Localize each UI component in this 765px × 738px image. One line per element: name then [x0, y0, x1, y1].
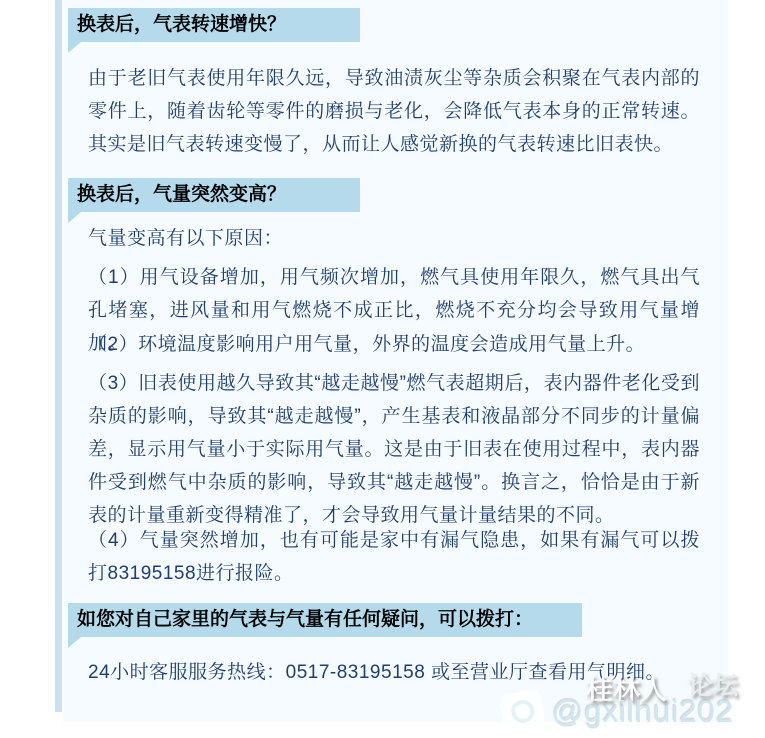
watermark-logo-icon: [498, 689, 546, 732]
paragraph-meter-speed-explanation: 由于老旧气表使用年限久远，导致油渍灰尘等杂质会积聚在气表内部的零件上，随着齿轮等…: [88, 62, 700, 161]
section-heading-meter-speed: 换表后，气表转速增快？: [68, 8, 360, 42]
article-page: 换表后，气表转速增快？ 由于老旧气表使用年限久远，导致油渍灰尘等杂质会积聚在气表…: [0, 0, 765, 738]
paragraph-reason-4: （4）气量突然增加，也有可能是家中有漏气隐患，如果有漏气可以拨打83195158…: [88, 524, 700, 590]
section-heading-contact: 如您对自己家里的气表与气量有任何疑问，可以拨打：: [68, 603, 582, 637]
watermark-logo-tail: [14, 33, 24, 42]
section-heading-gas-volume: 换表后，气量突然变高？: [68, 178, 360, 212]
watermark-handle: @gxilhui202: [552, 694, 734, 730]
heading-tail: [68, 637, 81, 648]
paragraph-reason-3: （3）旧表使用越久导致其“越走越慢”燃气表超期后，表内器件老化受到杂质的影响，导…: [88, 367, 700, 532]
paragraph-reason-2: （2）环境温度影响用户用气量，外界的温度会造成用气量上升。: [88, 328, 700, 361]
paragraph-reasons-intro: 气量变高有以下原因：: [88, 222, 700, 255]
watermark-logo-circle: [509, 698, 536, 725]
left-accent-strip: [55, 0, 62, 712]
heading-tail: [68, 212, 81, 223]
heading-tail: [68, 42, 81, 53]
